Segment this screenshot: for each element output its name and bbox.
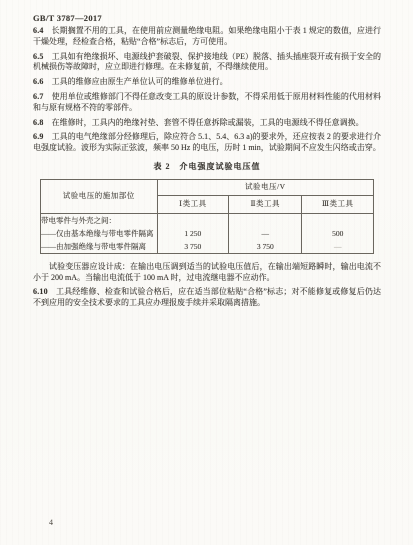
clause-text: 工具的电气绝缘部分经修理后，除应符合 5.1、5.4、6.3 a)的要求外，还应… (33, 132, 381, 152)
values-class-1: 1 250 3 750 (157, 213, 229, 253)
clause-number: 6.10 (33, 287, 48, 296)
clause-6-10: 6.10工具经维修、检查和试验合格后，应在适当部位粘贴“合格”标志；对不能修复或… (33, 287, 381, 309)
clause-6-6: 6.6工具的维修应由原生产单位认可的维修单位进行。 (33, 77, 381, 88)
clause-text: 使用单位或维修部门不得任意改变工具的原设计参数，不得采用低于原用材料性能的代用材… (33, 92, 381, 112)
clause-number: 6.9 (33, 132, 44, 141)
empty-cell-line (302, 214, 373, 227)
clause-text: 工具的维修应由原生产单位认可的维修单位进行。 (52, 77, 228, 86)
clause-number: 6.8 (33, 118, 44, 127)
row-group-label: 带电零件与外壳之间： (41, 214, 157, 227)
clause-number: 6.5 (33, 52, 44, 61)
row-label-basic-insulation: ——仅由基本绝缘与带电零件隔离 (41, 227, 157, 240)
value-class2-basic: — (229, 227, 301, 240)
row-labels-cell: 带电零件与外壳之间： ——仅由基本绝缘与带电零件隔离 ——由加强绝缘与带电零件隔… (41, 213, 158, 253)
dielectric-strength-table: 试验电压的施加部位 试验电压/V Ⅰ类工具 Ⅱ类工具 Ⅲ类工具 带电零件与外壳之… (40, 179, 374, 254)
col-header-class-2: Ⅱ类工具 (229, 195, 302, 213)
values-class-3: 500 — (302, 213, 374, 253)
value-class2-reinforced: 3 750 (229, 240, 301, 253)
value-class3-reinforced: — (302, 240, 373, 253)
table-title: 表 2 介电强度试验电压值 (33, 162, 381, 173)
page-number: 4 (49, 518, 53, 527)
clause-number: 6.4 (33, 26, 44, 35)
clause-text: 工具经维修、检查和试验合格后，应在适当部位粘贴“合格”标志；对不能修复或修复后仍… (33, 287, 381, 307)
paragraph-text: 试验变压器应设计成：在输出电压调到适当的试验电压值后，在输出端短路瞬时，输出电流… (33, 262, 381, 282)
clause-number: 6.6 (33, 77, 44, 86)
values-class-2: — 3 750 (229, 213, 302, 253)
empty-cell-line (158, 214, 229, 227)
value-class1-basic: 1 250 (158, 227, 229, 240)
clause-text: 工具如有绝缘损坏、电源线护套破裂、保护接地线（PE）脱落、插头插座裂开或有损于安… (33, 52, 381, 72)
empty-cell-line (229, 214, 301, 227)
clause-6-7: 6.7使用单位或维修部门不得任意改变工具的原设计参数，不得采用低于原用材料性能的… (33, 92, 381, 114)
clause-6-9: 6.9工具的电气绝缘部分经修理后，除应符合 5.1、5.4、6.3 a)的要求外… (33, 132, 381, 154)
clause-text: 长期搁置不用的工具，在使用前应测量绝缘电阻。如果绝缘电阻小于表 1 规定的数值，… (33, 26, 381, 46)
clause-6-5: 6.5工具如有绝缘损坏、电源线护套破裂、保护接地线（PE）脱落、插头插座裂开或有… (33, 52, 381, 74)
clause-6-8: 6.8在维修时，工具内的绝缘衬垫、套管不得任意拆除或漏装，工具的电源线不得任意调… (33, 118, 381, 129)
col-header-class-1: Ⅰ类工具 (157, 195, 229, 213)
body-text: 6.4长期搁置不用的工具，在使用前应测量绝缘电阻。如果绝缘电阻小于表 1 规定的… (33, 26, 381, 313)
value-class1-reinforced: 3 750 (158, 240, 229, 253)
col-header-class-3: Ⅲ类工具 (302, 195, 374, 213)
clause-text: 在维修时，工具内的绝缘衬垫、套管不得任意拆除或漏装，工具的电源线不得任意调换。 (52, 118, 364, 127)
clause-number: 6.7 (33, 92, 44, 101)
value-class3-basic: 500 (302, 227, 373, 240)
table-row: 带电零件与外壳之间： ——仅由基本绝缘与带电零件隔离 ——由加强绝缘与带电零件隔… (41, 213, 374, 253)
transformer-requirement-paragraph: 试验变压器应设计成：在输出电压调到适当的试验电压值后，在输出端短路瞬时，输出电流… (33, 262, 381, 284)
row-label-reinforced-insulation: ——由加强绝缘与带电零件隔离 (41, 240, 157, 253)
running-header: GB/T 3787—2017 (33, 13, 102, 23)
table-group-header: 试验电压/V (157, 179, 373, 195)
document-page: GB/T 3787—2017 6.4长期搁置不用的工具，在使用前应测量绝缘电阻。… (0, 0, 413, 545)
clause-6-4: 6.4长期搁置不用的工具，在使用前应测量绝缘电阻。如果绝缘电阻小于表 1 规定的… (33, 26, 381, 48)
table-stub-header: 试验电压的施加部位 (41, 179, 158, 213)
